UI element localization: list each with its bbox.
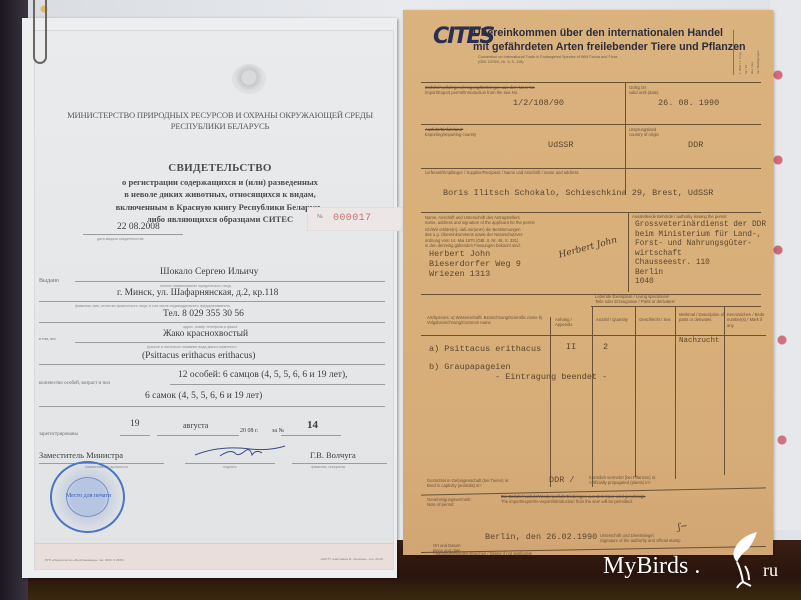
certificate-footer: РУП «Издательство «Белбланкавыд». зак. 0… (35, 543, 393, 569)
issued-label: Выдано (39, 278, 59, 284)
applicant-address: Herbert John Bieserdorfer Weg 9 Wriezen … (429, 249, 521, 279)
certificate-number-box: № 000017 (307, 207, 409, 231)
watermark-domain-suffix: ru (763, 560, 778, 581)
latin-name-line (39, 364, 385, 365)
watermark-text: MyBirds . (603, 553, 700, 580)
species-russian-name: Жако краснохвостый (163, 329, 248, 339)
col-mark-header: Kennzeichen / Beds number(s) / Mark if a… (727, 312, 767, 328)
paperclip-icon (33, 0, 47, 64)
recipient-label: Lieferant/Empfänger / Supplier/Recipient… (425, 170, 579, 175)
origin-label: Ursprungsland country of origin (629, 127, 659, 138)
col-appendix-header: Anhang / Appendix (555, 317, 587, 328)
artificial-propagation-label: Künstlich vermehrt (bei Pflanzen) in: Ar… (589, 475, 656, 486)
quantity-line-2-rule (39, 406, 385, 407)
recipient-value: Boris Ilitsch Schokalo, Schieschkina 29,… (443, 188, 713, 198)
belarus-registration-certificate: МИНИСТЕРСТВО ПРИРОДНЫХ РЕСУРСОВ И ОХРАНЫ… (22, 18, 397, 578)
footnote: ¹ Nichtzutreffendes streichen / Delete i… (433, 551, 532, 556)
entry-closed-note: - Eintragung beendet - (495, 372, 607, 382)
bird-logo-icon (727, 530, 763, 590)
col-description-header: Merkmal / Description of parts or deriva… (679, 312, 725, 323)
registration-number: 14 (307, 419, 318, 431)
official-signature: ʃ~ (677, 521, 689, 533)
exporting-country: UdSSR (548, 140, 574, 150)
registration-year: 20 08 г. (240, 428, 258, 434)
permit-label: Einfuhr/Ausfuhrgenehmigung/Einbringen au… (425, 85, 535, 96)
minister-signature (190, 441, 290, 463)
official-sign-label: Unterschrift und Dienstsiegel Signature … (600, 533, 680, 544)
signatory-position: Заместитель Министра (39, 450, 123, 460)
reg-number-line (281, 435, 341, 436)
applicant-label: Name, Anschrift und Unterschrift des Ant… (425, 215, 535, 248)
reg-day-line (120, 435, 150, 436)
issue-date: 22 08.2008 (117, 222, 160, 232)
registration-month: августа (183, 421, 208, 430)
address-hint: фамилия, имя, отчество физического лица,… (75, 304, 231, 308)
registration-day: 19 (130, 419, 140, 429)
issued-to-name: Шокало Сергею Ильичу (160, 267, 258, 277)
signatory-hint: фамилия, инициалы (311, 465, 345, 469)
applicant-signature: Herbert John (558, 235, 619, 260)
place-and-date: Berlin, den 26.02.1990 (485, 532, 597, 542)
species-latin-name: (Psittacus erithacus erithacus) (142, 351, 255, 361)
owner-phone: Тел. 8 029 355 30 56 (163, 309, 244, 319)
signature-line (185, 463, 275, 464)
reg-month-line (157, 435, 239, 436)
address-line (39, 301, 385, 302)
ministry-heading: МИНИСТЕРСТВО ПРИРОДНЫХ РЕСУРСОВ И ОХРАНЫ… (65, 110, 375, 132)
reg-number-label: за № (272, 428, 284, 434)
quantity-line (170, 384, 385, 385)
owner-address: г. Минск, ул. Шафарнянская, д.2, кр.118 (117, 288, 278, 298)
state-emblem-icon (232, 64, 266, 94)
certificate-title: СВИДЕТЕЛЬСТВО (65, 162, 375, 174)
quantity-label: количество особей, возраст и пол (39, 381, 110, 386)
authority-label: Ausstellende Behörde / authority issuing… (632, 214, 727, 219)
issue-date-line (83, 234, 183, 235)
official-stamp-icon: Место для печати (50, 461, 125, 533)
living-specimens-label: Lebende Exemplare / Living specimens¹ Te… (595, 294, 675, 305)
note-of-permit-text: Die Einfuhr/Ausfuhr/Wiederausfuhr/Einbri… (501, 494, 646, 505)
country-of-origin: DDR (688, 140, 703, 150)
issue-date-hint: дата выдачи свидетельства (97, 237, 143, 241)
species-line (75, 342, 385, 343)
that-label: в том, что (39, 336, 56, 341)
valid-until-date: 26. 08. 1990 (658, 98, 719, 108)
signatory-name: Г.В. Волчуга (310, 450, 356, 460)
species-hint: русское и латинское название вида дикого… (147, 345, 236, 349)
issued-to-line (75, 281, 385, 282)
cites-permit: CITES Übereinkommen über den internation… (403, 10, 773, 555)
registered-label: зарегистрированы (39, 432, 78, 437)
certificate-number: 000017 (333, 213, 371, 224)
bred-captivity-label: Gezüchtet in Gefangenschaft (bei Tieren)… (427, 478, 509, 489)
cites-title: Übereinkommen über den internationalen H… (473, 27, 746, 54)
note-of-permit-label: Genehmigungsvermerk: Note of permit: (427, 497, 472, 508)
copy-side-box: 1. Blatt / 1. Copy für / for des / des f… (733, 30, 758, 75)
col-sex-header: Geschlecht / Sex (639, 317, 675, 322)
phone-line (39, 322, 385, 323)
country-label: Ausfuhr/Einfuhrland¹ Exporting/Importing… (425, 127, 476, 138)
signature-hint: подпись (223, 465, 237, 469)
quantity-line-1: 12 особей: 6 самцов (4, 5, 5, 6, 6 и 19 … (178, 370, 348, 380)
quantity-line-2: 6 самок (4, 5, 5, 6, 6 и 19 лет) (145, 391, 262, 401)
floral-cloth-edge (770, 0, 801, 530)
valid-until-label: Gültig bis valid until (date) (629, 85, 659, 96)
bred-in-country: DDR / (549, 475, 575, 485)
col-quantity-header: Anzahl / Quantity (596, 317, 628, 322)
col-species-header: Art/Species: a) Wissenschaftl. Bezeichnu… (427, 315, 547, 326)
issuing-authority: Grossveterinärdienst der DDR beim Minist… (635, 221, 766, 288)
convention-subtitle: Convention on International Trade in End… (478, 55, 617, 65)
permit-number: 1/2/108/90 (513, 98, 564, 108)
signatory-line (292, 463, 387, 464)
